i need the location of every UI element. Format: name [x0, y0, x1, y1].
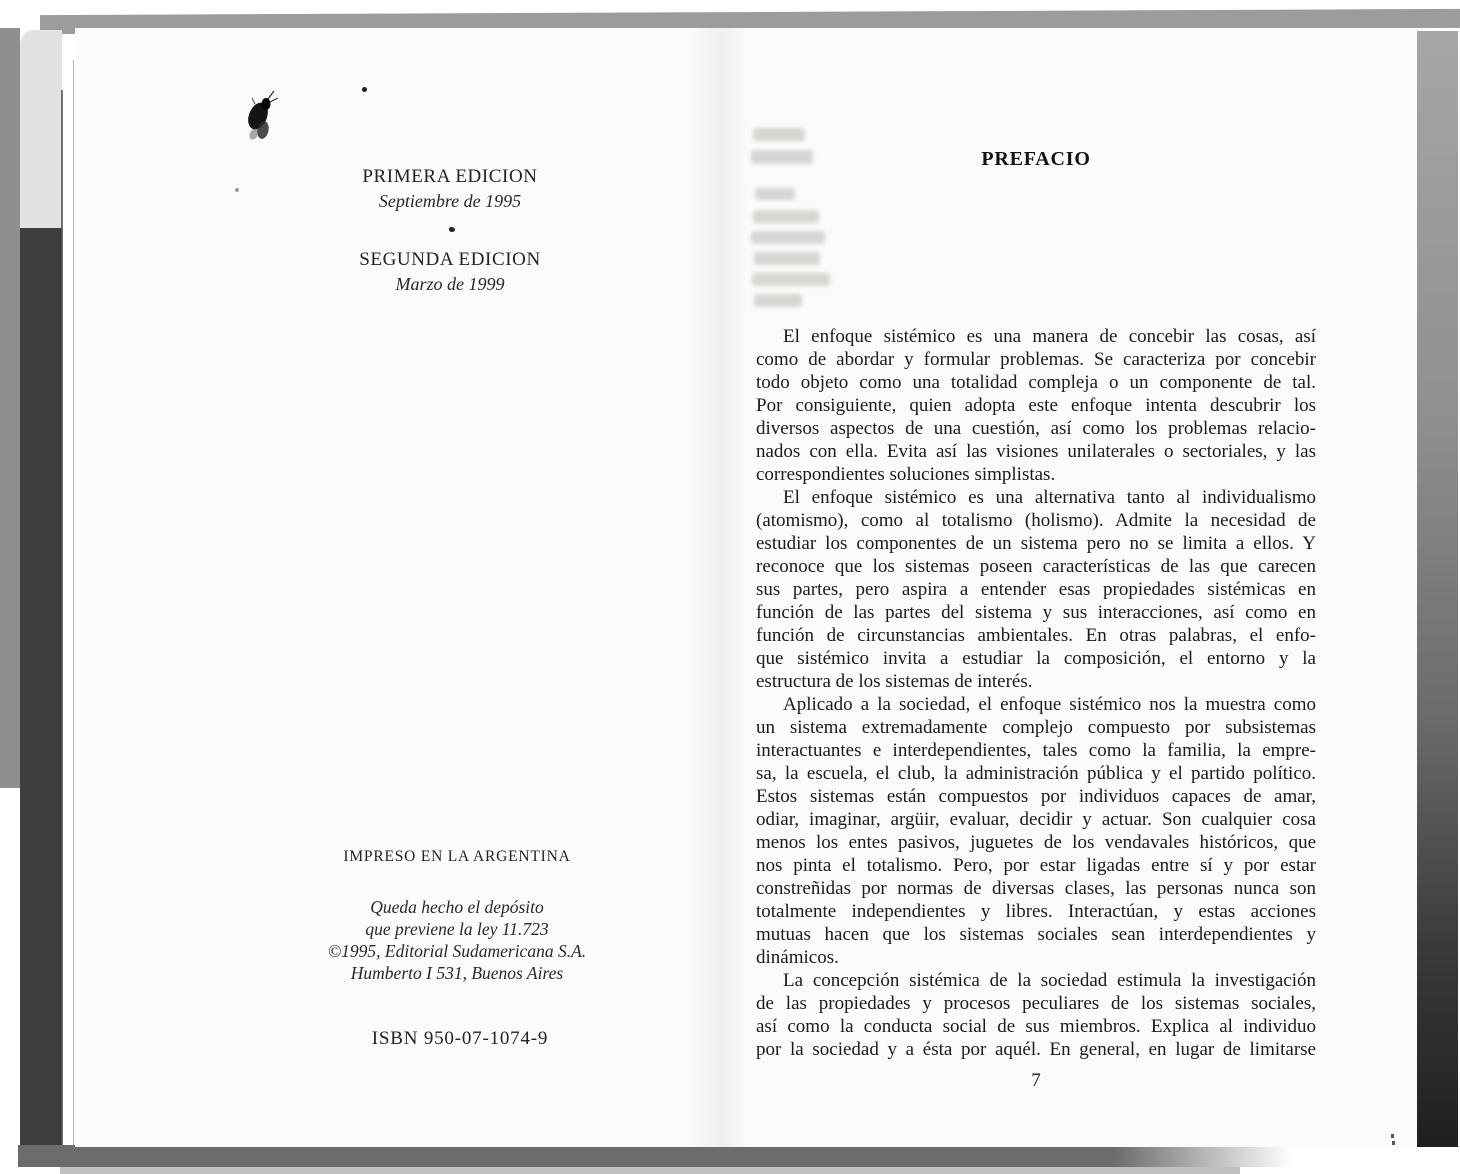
- first-edition-date: Septiembre de 1995: [285, 191, 615, 212]
- book-cover-edge-right: [1416, 31, 1458, 1147]
- text-line: La concepción sistémica de la sociedad e…: [756, 969, 1316, 992]
- text-line: función de las partes del sistema y sus …: [756, 601, 1316, 624]
- bleedthrough-smudge: [754, 294, 802, 307]
- second-edition-date: Marzo de 1999: [285, 274, 615, 295]
- text-line: de las propiedades y procesos peculiares…: [756, 992, 1316, 1015]
- imprint-block: IMPRESO EN LA ARGENTINA Queda hecho el d…: [295, 848, 619, 984]
- text-line: El enfoque sistémico es una manera de co…: [756, 325, 1316, 348]
- text-line: diversos aspectos de una cuestión, así c…: [756, 417, 1316, 440]
- ink-speck: [1391, 1134, 1394, 1138]
- text-line: dinámicos.: [756, 946, 1316, 969]
- second-edition-title: SEGUNDA EDICION: [285, 249, 615, 271]
- book-cover-edge-left: [20, 228, 62, 1148]
- text-line: reconoce que los sistemas poseen caracte…: [756, 555, 1316, 578]
- text-line: constreñidas por normas de diversas clas…: [756, 877, 1316, 900]
- text-line: menos los entes pasivos, juguetes de los…: [756, 831, 1316, 854]
- text-line: totalmente independientes y libres. Inte…: [756, 900, 1316, 923]
- text-line: como de abordar y formular problemas. Se…: [756, 348, 1316, 371]
- text-line: Aplicado a la sociedad, el enfoque sisté…: [756, 693, 1316, 716]
- paragraph: El enfoque sistémico es una alternativa …: [756, 486, 1316, 693]
- book-scan: PRIMERA EDICION Septiembre de 1995 SEGUN…: [0, 0, 1460, 1174]
- printed-in-text: IMPRESO EN LA ARGENTINA: [295, 848, 619, 866]
- scanner-edge-bottom: [18, 1145, 1293, 1167]
- ink-speck: [362, 87, 367, 92]
- legal-deposit-text: Queda hecho el depósitoque previene la l…: [295, 896, 619, 984]
- book-page-edges-left: [20, 30, 62, 230]
- page-edge-line: [73, 60, 74, 1146]
- text-line: (atomismo), como al totalismo (holismo).…: [756, 509, 1316, 532]
- paragraph: Aplicado a la sociedad, el enfoque sisté…: [756, 693, 1316, 969]
- text-line: mutuas hacen que los sistemas sociales s…: [756, 923, 1316, 946]
- bleedthrough-smudge: [753, 210, 819, 223]
- bleedthrough-smudge: [751, 231, 825, 244]
- text-line: así como la conducta social de sus miemb…: [756, 1015, 1316, 1038]
- left-page: PRIMERA EDICION Septiembre de 1995 SEGUN…: [75, 28, 745, 1147]
- text-line: función de circunstancias ambientales. E…: [756, 624, 1316, 647]
- text-line: por la sociedad y a ésta por aquél. En g…: [756, 1038, 1316, 1061]
- text-line: sa, la escuela, el club, la administraci…: [756, 762, 1316, 785]
- page-number: 7: [756, 1070, 1316, 1092]
- text-line: odiar, imaginar, argüir, evaluar, decidi…: [756, 808, 1316, 831]
- text-line: sus partes, pero aspira a entender esas …: [756, 578, 1316, 601]
- text-line: estudiar los componentes de un sistema p…: [756, 532, 1316, 555]
- bleedthrough-smudge: [755, 188, 795, 200]
- text-line: estructura de los sistemas de interés.: [756, 670, 1316, 693]
- text-line: nados con ella. Evita así las visiones u…: [756, 440, 1316, 463]
- text-line: Humberto I 531, Buenos Aires: [295, 962, 619, 984]
- first-edition-title: PRIMERA EDICION: [285, 166, 615, 188]
- text-line: correspondientes soluciones simplistas.: [756, 463, 1316, 486]
- text-line: que previene la ley 11.723: [295, 918, 619, 940]
- text-line: un sistema extremadamente complejo compu…: [756, 716, 1316, 739]
- scanner-edge-bottom-shadow: [60, 1167, 1240, 1174]
- ink-speck: [235, 188, 239, 192]
- text-line: Por consiguiente, quien adopta este enfo…: [756, 394, 1316, 417]
- paragraph: El enfoque sistémico es una manera de co…: [756, 325, 1316, 486]
- bleedthrough-smudge: [754, 252, 820, 265]
- isbn-text: ISBN 950-07-1074-9: [310, 1028, 610, 1050]
- paragraph: La concepción sistémica de la sociedad e…: [756, 969, 1316, 1061]
- text-line: El enfoque sistémico es una alternativa …: [756, 486, 1316, 509]
- text-line: que sistémico invita a estudiar la compo…: [756, 647, 1316, 670]
- text-line: nos pinta el totalismo. Pero, por estar …: [756, 854, 1316, 877]
- text-line: interactuantes e interdependientes, tale…: [756, 739, 1316, 762]
- text-line: todo objeto como una totalidad compleja …: [756, 371, 1316, 394]
- text-line: Queda hecho el depósito: [295, 896, 619, 918]
- preface-body: El enfoque sistémico es una manera de co…: [756, 325, 1316, 1061]
- page-edge-line: [61, 90, 63, 1146]
- bleedthrough-smudge: [752, 273, 830, 286]
- bleedthrough-smudge: [753, 128, 805, 141]
- scanner-edge-left: [0, 28, 20, 788]
- right-page: PREFACIO El enfoque sistémico es una man…: [745, 28, 1417, 1147]
- ink-speck: [449, 227, 455, 232]
- chapter-title: PREFACIO: [756, 148, 1316, 171]
- text-line: Estos sistemas están compuestos por indi…: [756, 785, 1316, 808]
- text-line: ©1995, Editorial Sudamericana S.A.: [295, 940, 619, 962]
- ink-blot-fly: [243, 90, 283, 146]
